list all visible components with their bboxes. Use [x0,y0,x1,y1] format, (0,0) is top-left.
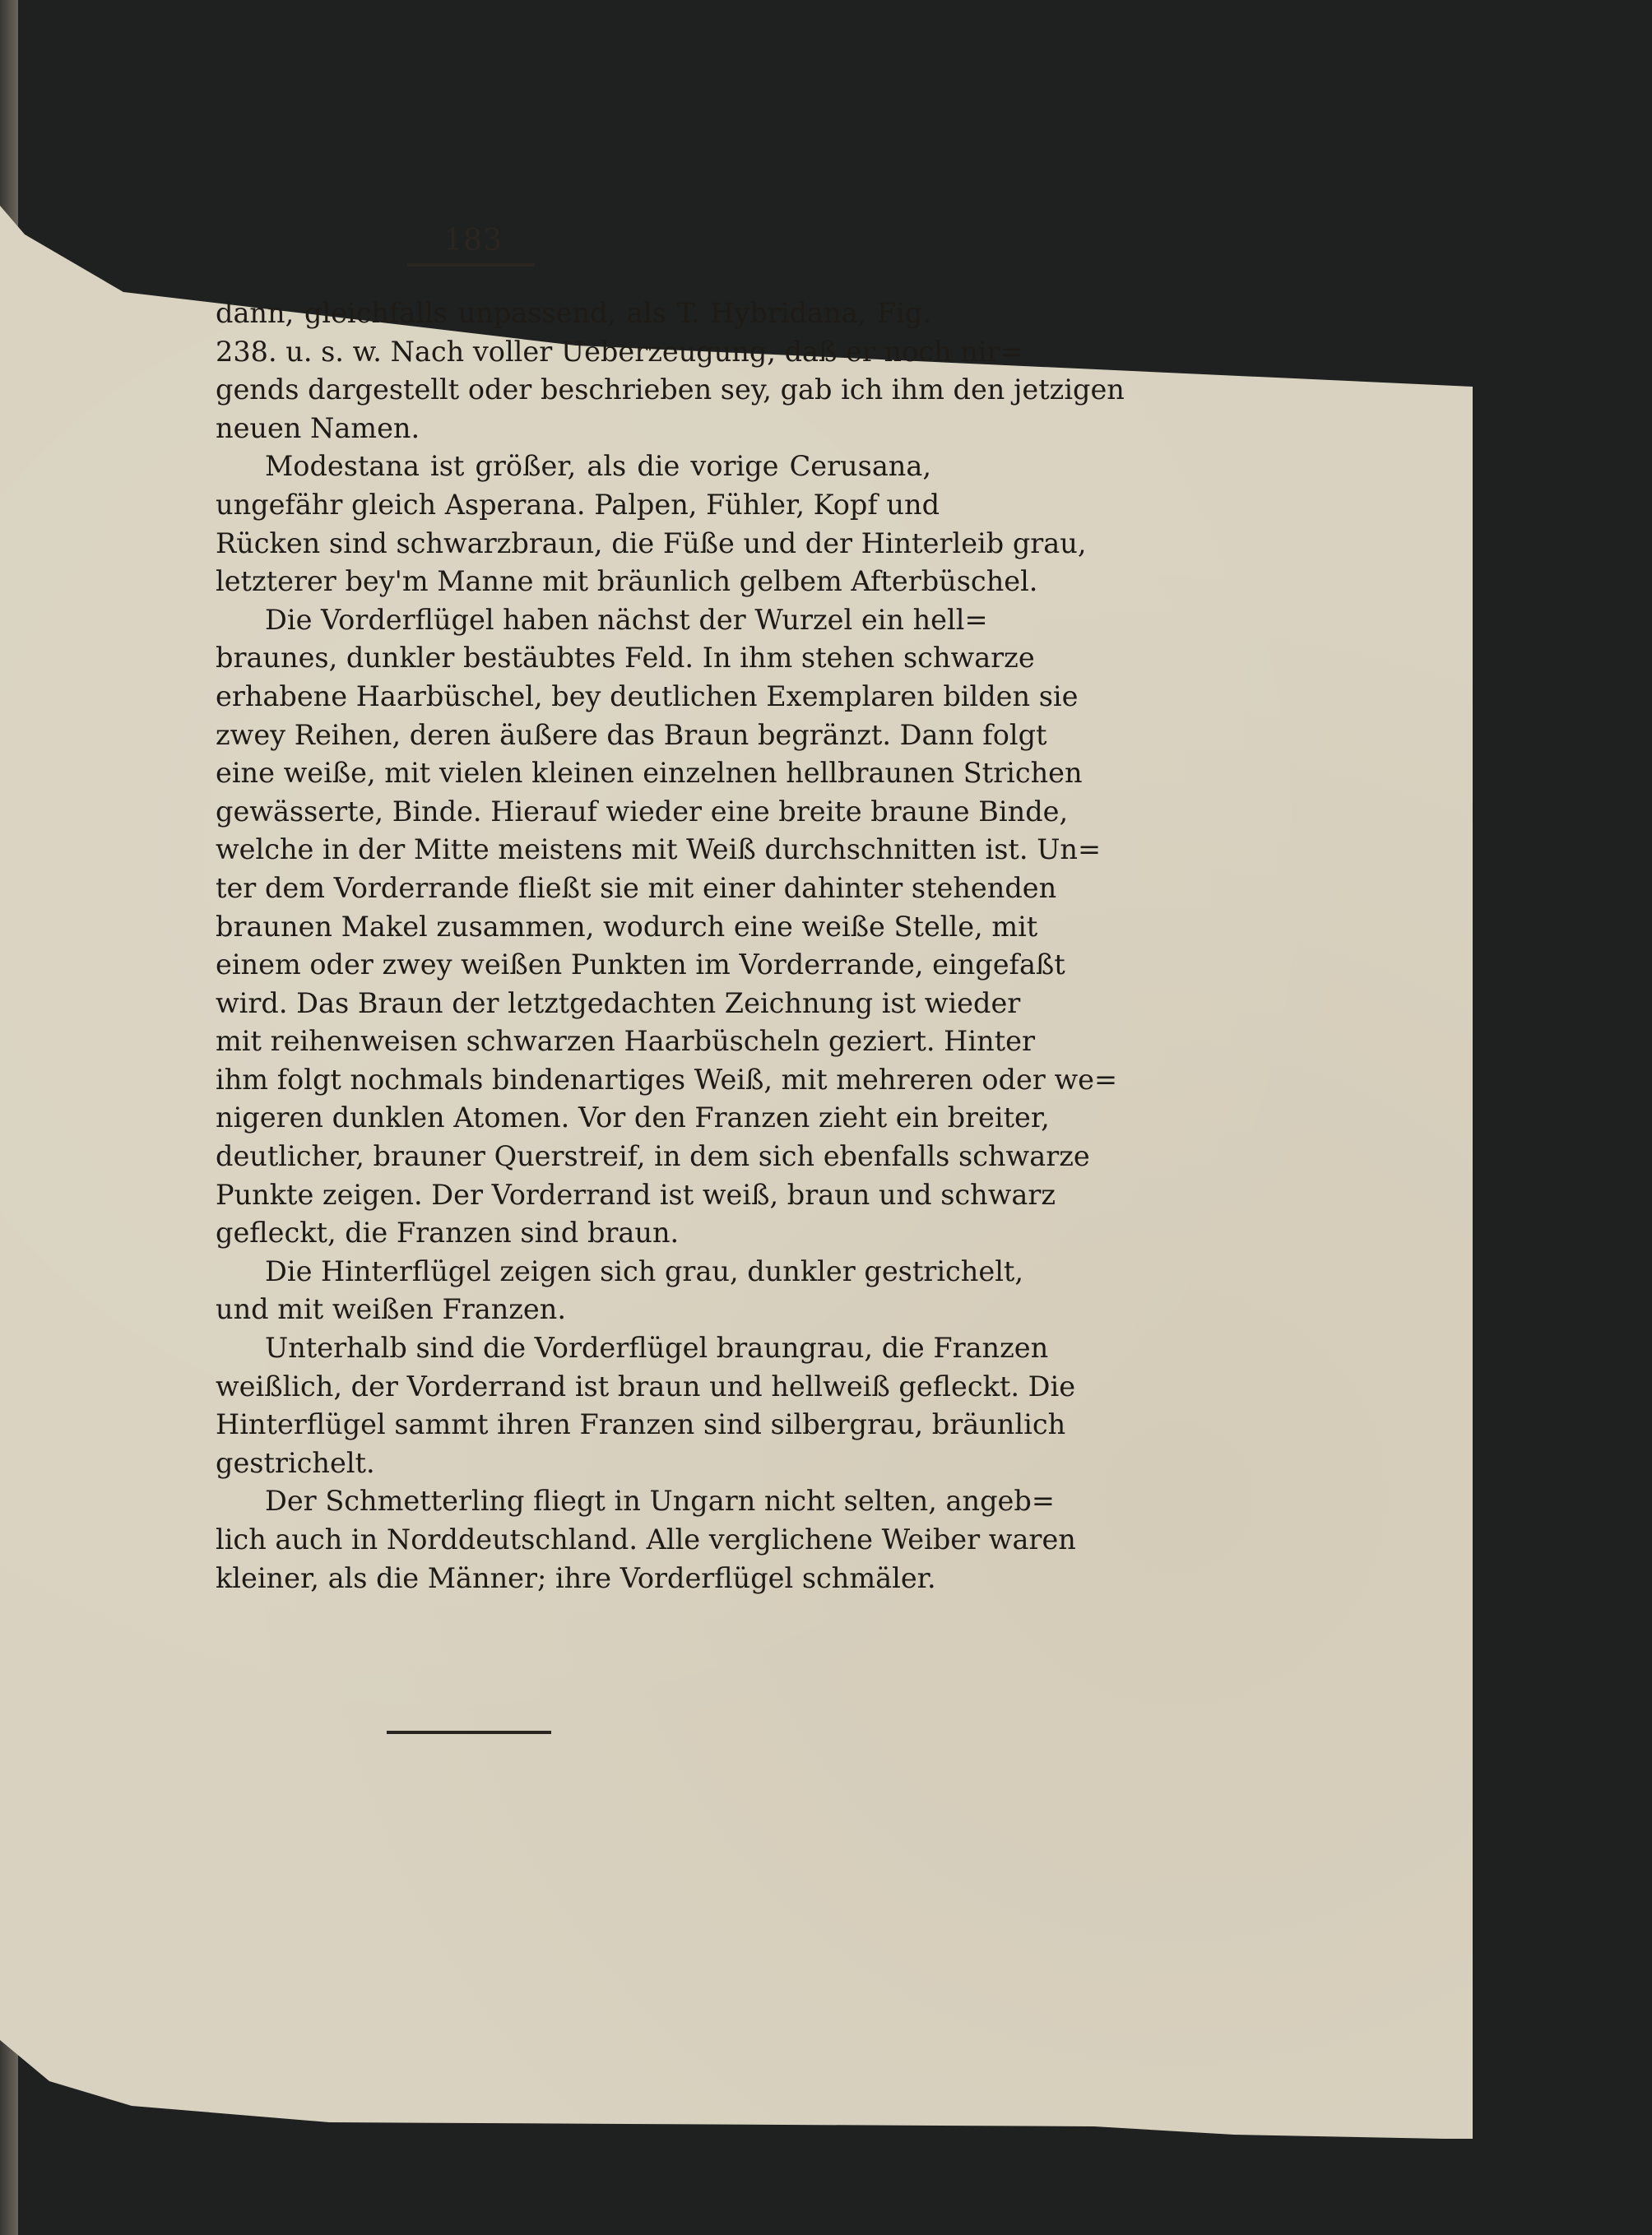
text-line: deutlicher, brauner Querstreif, in dem s… [216,1138,931,1176]
text-line: ter dem Vorderrande fließt sie mit einer… [216,869,931,908]
page-number: 183 [428,224,518,257]
end-rule [387,1731,551,1734]
text-line: mit reihenweisen schwarzen Haarbüscheln … [216,1022,931,1061]
text-line: und mit weißen Franzen. [216,1291,931,1329]
text-line: welche in der Mitte meistens mit Weiß du… [216,831,931,869]
text-line: Hinterflügel sammt ihren Franzen sind si… [216,1406,931,1444]
text-line: dann, gleichfalls unpassend, als T. Hybr… [216,294,931,333]
text-line: ungefähr gleich Asperana. Palpen, Fühler… [216,486,931,525]
text-line: lich auch in Norddeutschland. Alle vergl… [216,1521,931,1560]
text-line: Unterhalb sind die Vorderflügel braungra… [216,1329,931,1368]
text-line: braunes, dunkler bestäubtes Feld. In ihm… [216,639,931,678]
text-line: Rücken sind schwarzbraun, die Füße und d… [216,525,931,563]
text-line: Modestana ist größer, als die vorige Cer… [216,447,931,486]
text-line: kleiner, als die Männer; ihre Vorderflüg… [216,1560,931,1598]
text-line: einem oder zwey weißen Punkten im Vorder… [216,946,931,985]
text-line: Die Hinterflügel zeigen sich grau, dunkl… [216,1253,931,1291]
text-line: gestrichelt. [216,1444,931,1483]
text-line: nigeren dunklen Atomen. Vor den Franzen … [216,1099,931,1138]
body-text: dann, gleichfalls unpassend, als T. Hybr… [216,294,931,1597]
text-line: gewässerte, Binde. Hierauf wieder eine b… [216,793,931,832]
text-line: letzterer bey'm Manne mit bräunlich gelb… [216,563,931,601]
text-line: weißlich, der Vorderrand ist braun und h… [216,1368,931,1407]
text-line: 238. u. s. w. Nach voller Ueberzeugung, … [216,333,931,372]
text-line: Punkte zeigen. Der Vorderrand ist weiß, … [216,1176,931,1215]
text-line: erhabene Haarbüschel, bey deutlichen Exe… [216,678,931,716]
header-rule [407,263,535,267]
text-line: ihm folgt nochmals bindenartiges Weiß, m… [216,1061,931,1100]
text-line: zwey Reihen, deren äußere das Braun begr… [216,716,931,755]
text-line: gends dargestellt oder beschrieben sey, … [216,371,931,410]
text-line: eine weiße, mit vielen kleinen einzelnen… [216,754,931,793]
text-line: Die Vorderflügel haben nächst der Wurzel… [216,601,931,640]
text-line: neuen Namen. [216,410,931,448]
text-line: wird. Das Braun der letztgedachten Zeich… [216,985,931,1023]
text-line: braunen Makel zusammen, wodurch eine wei… [216,908,931,947]
text-line: Der Schmetterling fliegt in Ungarn nicht… [216,1482,931,1521]
text-line: gefleckt, die Franzen sind braun. [216,1214,931,1253]
